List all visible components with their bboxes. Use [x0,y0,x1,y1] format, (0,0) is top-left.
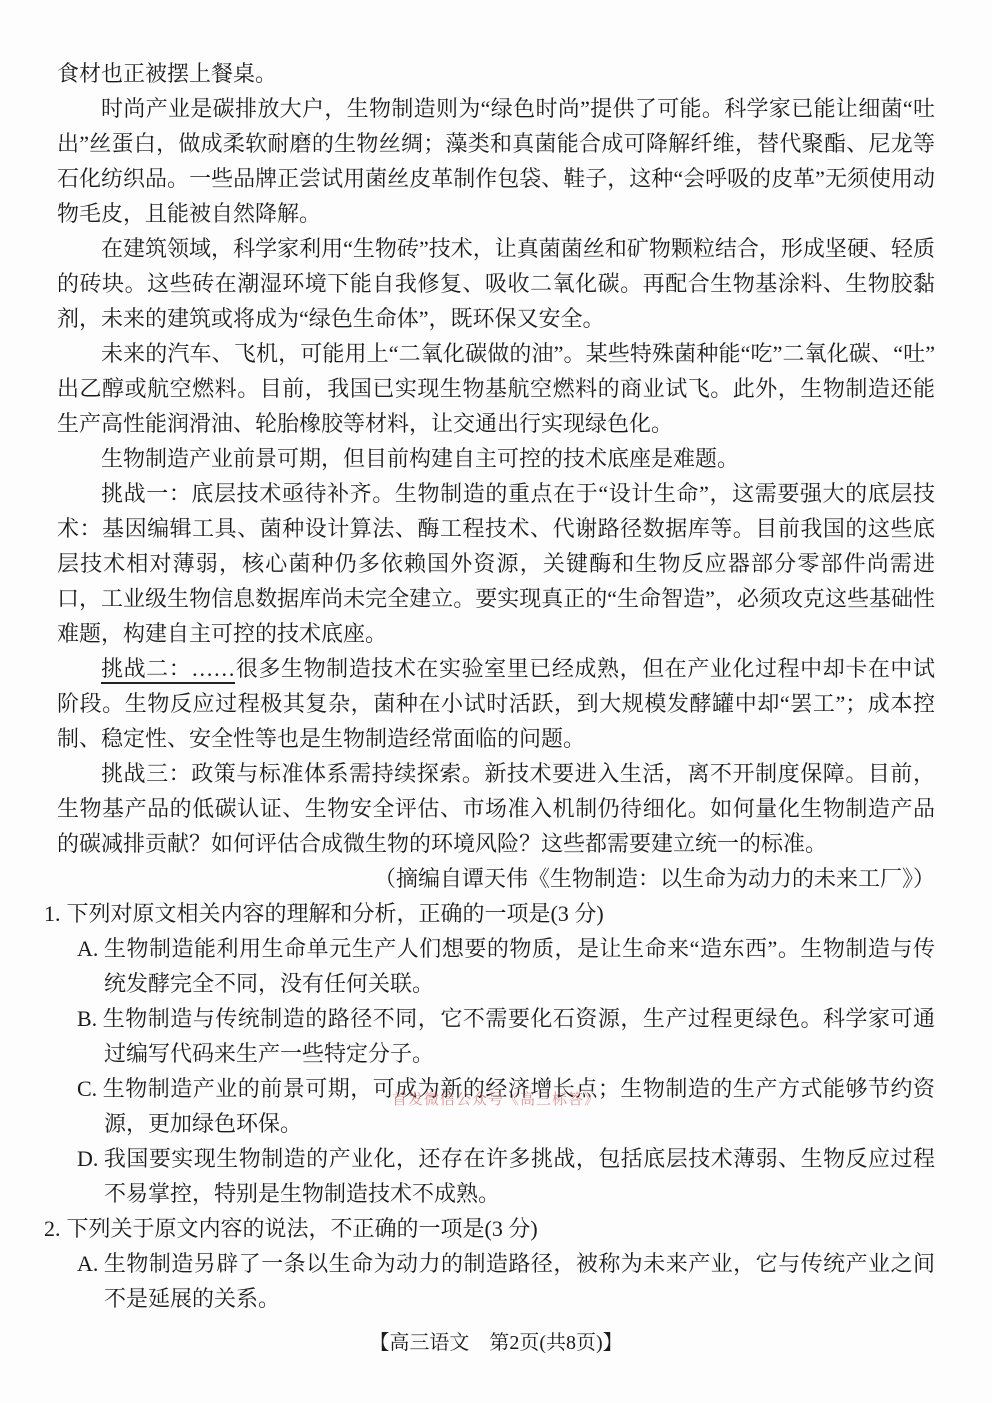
watermark-text: 首发微信公众号《高三标答》 [392,1091,600,1109]
question-2-stem-text: 下列关于原文内容的说法，不正确的一项是(3 分) [67,1216,538,1241]
option-d-text: 我国要实现生物制造的产业化，还存在许多挑战，包括底层技术薄弱、生物反应过程不易掌… [103,1146,935,1206]
article-paragraph-outlook: 生物制造产业前景可期，但目前构建自主可控的技术底座是难题。 [57,441,935,476]
article-paragraph-continuation: 食材也正被摆上餐桌。 [57,56,935,91]
question-1-number: 1. [44,901,61,926]
question-1-option-d: D.我国要实现生物制造的产业化，还存在许多挑战，包括底层技术薄弱、生物反应过程不… [77,1141,935,1211]
question-2: 2.下列关于原文内容的说法，不正确的一项是(3 分) A.生物制造另辟了一条以生… [57,1211,935,1316]
question-2-stem: 2.下列关于原文内容的说法，不正确的一项是(3 分) [44,1211,935,1246]
option-a-text: 生物制造能利用生命单元生产人们想要的物质，是让生命来“造东西”。生物制造与传统发… [103,936,935,996]
question-1-stem: 1.下列对原文相关内容的理解和分析，正确的一项是(3 分) [44,896,935,931]
article-attribution: （摘编自谭天伟《生物制造：以生命为动力的未来工厂》） [57,861,935,896]
option-a-label: A. [77,1251,98,1276]
option-b-label: B. [77,1006,97,1031]
option-a-label: A. [77,936,98,961]
question-2-number: 2. [44,1216,61,1241]
question-1-option-a: A.生物制造能利用生命单元生产人们想要的物质，是让生命来“造东西”。生物制造与传… [77,931,935,1001]
article-paragraph-fashion: 时尚产业是碳排放大户，生物制造则为“绿色时尚”提供了可能。科学家已能让细菌“吐出… [57,91,935,231]
article-paragraph-challenge2: 挑战二：……很多生物制造技术在实验室里已经成熟，但在产业化过程中却卡在中试阶段。… [57,651,935,756]
question-1-option-b: B.生物制造与传统制造的路径不同，它不需要化石资源，生产过程更绿色。科学家可通过… [77,1001,935,1071]
question-2-option-a: A.生物制造另辟了一条以生命为动力的制造路径，被称为未来产业，它与传统产业之间不… [77,1246,935,1316]
question-1-stem-text: 下列对原文相关内容的理解和分析，正确的一项是(3 分) [67,901,604,926]
question-1: 1.下列对原文相关内容的理解和分析，正确的一项是(3 分) A.生物制造能利用生… [57,896,935,1211]
page-content: 食材也正被摆上餐桌。 时尚产业是碳排放大户，生物制造则为“绿色时尚”提供了可能。… [57,56,935,1316]
option-d-label: D. [77,1146,98,1171]
option-c-label: C. [77,1076,97,1101]
option-b-text: 生物制造与传统制造的路径不同，它不需要化石资源，生产过程更绿色。科学家可通过编写… [102,1006,935,1066]
article-paragraph-challenge1: 挑战一：底层技术亟待补齐。生物制造的重点在于“设计生命”，这需要强大的底层技术：… [57,476,935,651]
challenge2-underlined-lead: 挑战二：…… [101,656,235,684]
exam-page: 食材也正被摆上餐桌。 时尚产业是碳排放大户，生物制造则为“绿色时尚”提供了可能。… [0,0,992,1403]
article-paragraph-construction: 在建筑领域，科学家利用“生物砖”技术，让真菌菌丝和矿物颗粒结合，形成坚硬、轻质的… [57,231,935,336]
page-footer: 【高三语文 第2页(共8页)】 [0,1330,992,1356]
option-a-text: 生物制造另辟了一条以生命为动力的制造路径，被称为未来产业，它与传统产业之间不是延… [103,1251,935,1311]
article-paragraph-transport: 未来的汽车、飞机，可能用上“二氧化碳做的油”。某些特殊菌种能“吃”二氧化碳、“吐… [57,336,935,441]
article-paragraph-challenge3: 挑战三：政策与标准体系需持续探索。新技术要进入生活，离不开制度保障。目前，生物基… [57,756,935,861]
